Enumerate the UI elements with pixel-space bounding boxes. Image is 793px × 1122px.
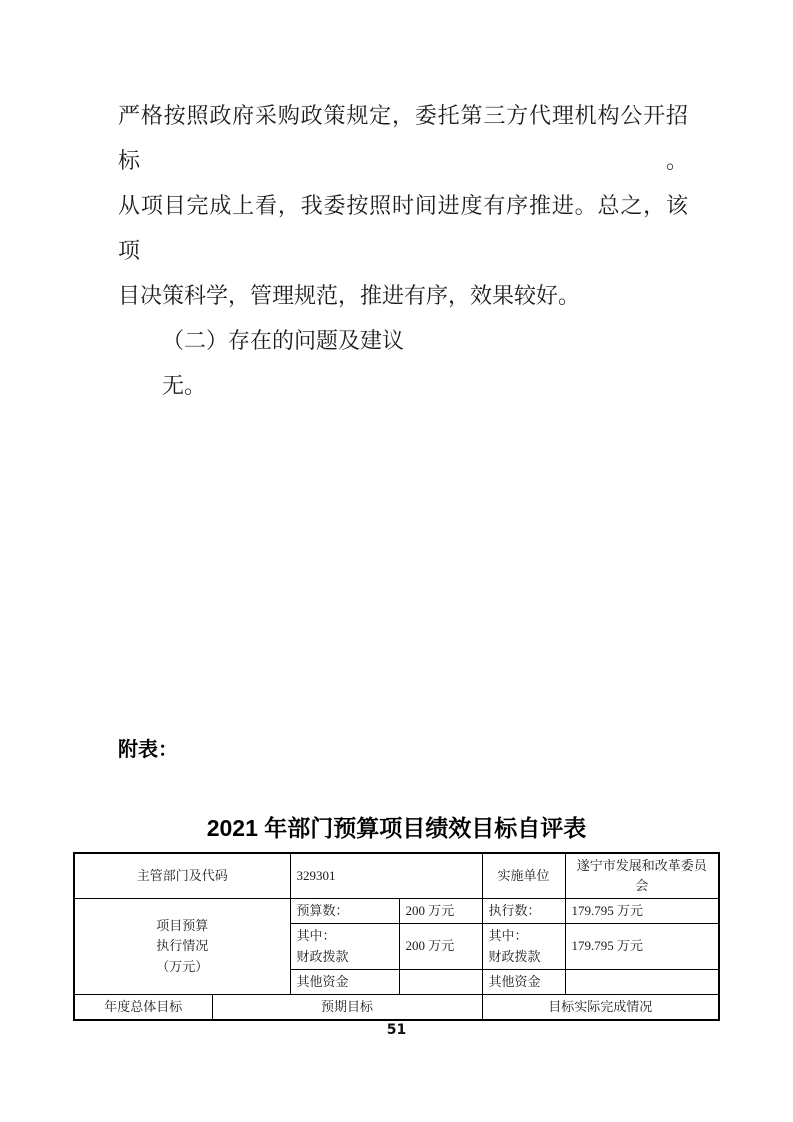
self-evaluation-table: 主管部门及代码 329301 实施单位 遂宁市发展和改革委员会 项目预算 执行情… bbox=[73, 852, 720, 1021]
page-number: 51 bbox=[0, 1022, 793, 1038]
paragraph-line-3: 目决策科学，管理规范，推进有序，效果较好。 bbox=[118, 273, 688, 318]
cell-execution-number-value: 179.795 万元 bbox=[565, 899, 719, 924]
cell-supervisor-label: 主管部门及代码 bbox=[74, 853, 290, 899]
table-row-supervisor: 主管部门及代码 329301 实施单位 遂宁市发展和改革委员会 bbox=[74, 853, 719, 899]
cell-fiscal-execution-label: 其中： 财政拨款 bbox=[482, 924, 565, 969]
appendix-label: 附表： bbox=[118, 733, 178, 762]
cell-implementing-unit-value: 遂宁市发展和改革委员会 bbox=[565, 853, 719, 899]
cell-annual-goal-label: 年度总体目标 bbox=[74, 994, 212, 1020]
paragraph-line-2: 从项目完成上看，我委按照时间进度有序推进。总之，该项 bbox=[118, 183, 688, 273]
table-title: 2021 年部门预算项目绩效目标自评表 bbox=[0, 810, 793, 843]
table-row-annual-goal: 年度总体目标 预期目标 目标实际完成情况 bbox=[74, 994, 719, 1020]
no-issues-text: 无。 bbox=[118, 363, 688, 408]
cell-budget-section-label: 项目预算 执行情况 （万元） bbox=[74, 899, 290, 995]
body-paragraph: 严格按照政府采购政策规定，委托第三方代理机构公开招标。 从项目完成上看，我委按照… bbox=[118, 93, 688, 408]
cell-other-funds-execution-value bbox=[565, 969, 719, 994]
cell-other-funds-budget-value bbox=[399, 969, 482, 994]
cell-fiscal-budget-label: 其中： 财政拨款 bbox=[290, 924, 399, 969]
cell-other-funds-budget-label: 其他资金 bbox=[290, 969, 399, 994]
cell-implementing-unit-label: 实施单位 bbox=[482, 853, 565, 899]
cell-other-funds-execution-label: 其他资金 bbox=[482, 969, 565, 994]
cell-actual-completion-label: 目标实际完成情况 bbox=[482, 994, 719, 1020]
cell-supervisor-code: 329301 bbox=[290, 853, 482, 899]
table-row-budget-number: 项目预算 执行情况 （万元） 预算数： 200 万元 执行数： 179.795 … bbox=[74, 899, 719, 924]
cell-fiscal-budget-value: 200 万元 bbox=[399, 924, 482, 969]
document-page: 严格按照政府采购政策规定，委托第三方代理机构公开招标。 从项目完成上看，我委按照… bbox=[0, 0, 793, 1122]
cell-expected-goal-label: 预期目标 bbox=[212, 994, 482, 1020]
cell-fiscal-execution-value: 179.795 万元 bbox=[565, 924, 719, 969]
paragraph-line-1: 严格按照政府采购政策规定，委托第三方代理机构公开招标。 bbox=[118, 93, 688, 183]
cell-execution-number-label: 执行数： bbox=[482, 899, 565, 924]
section-subheading: （二）存在的问题及建议 bbox=[118, 318, 688, 363]
cell-budget-number-value: 200 万元 bbox=[399, 899, 482, 924]
cell-budget-number-label: 预算数： bbox=[290, 899, 399, 924]
